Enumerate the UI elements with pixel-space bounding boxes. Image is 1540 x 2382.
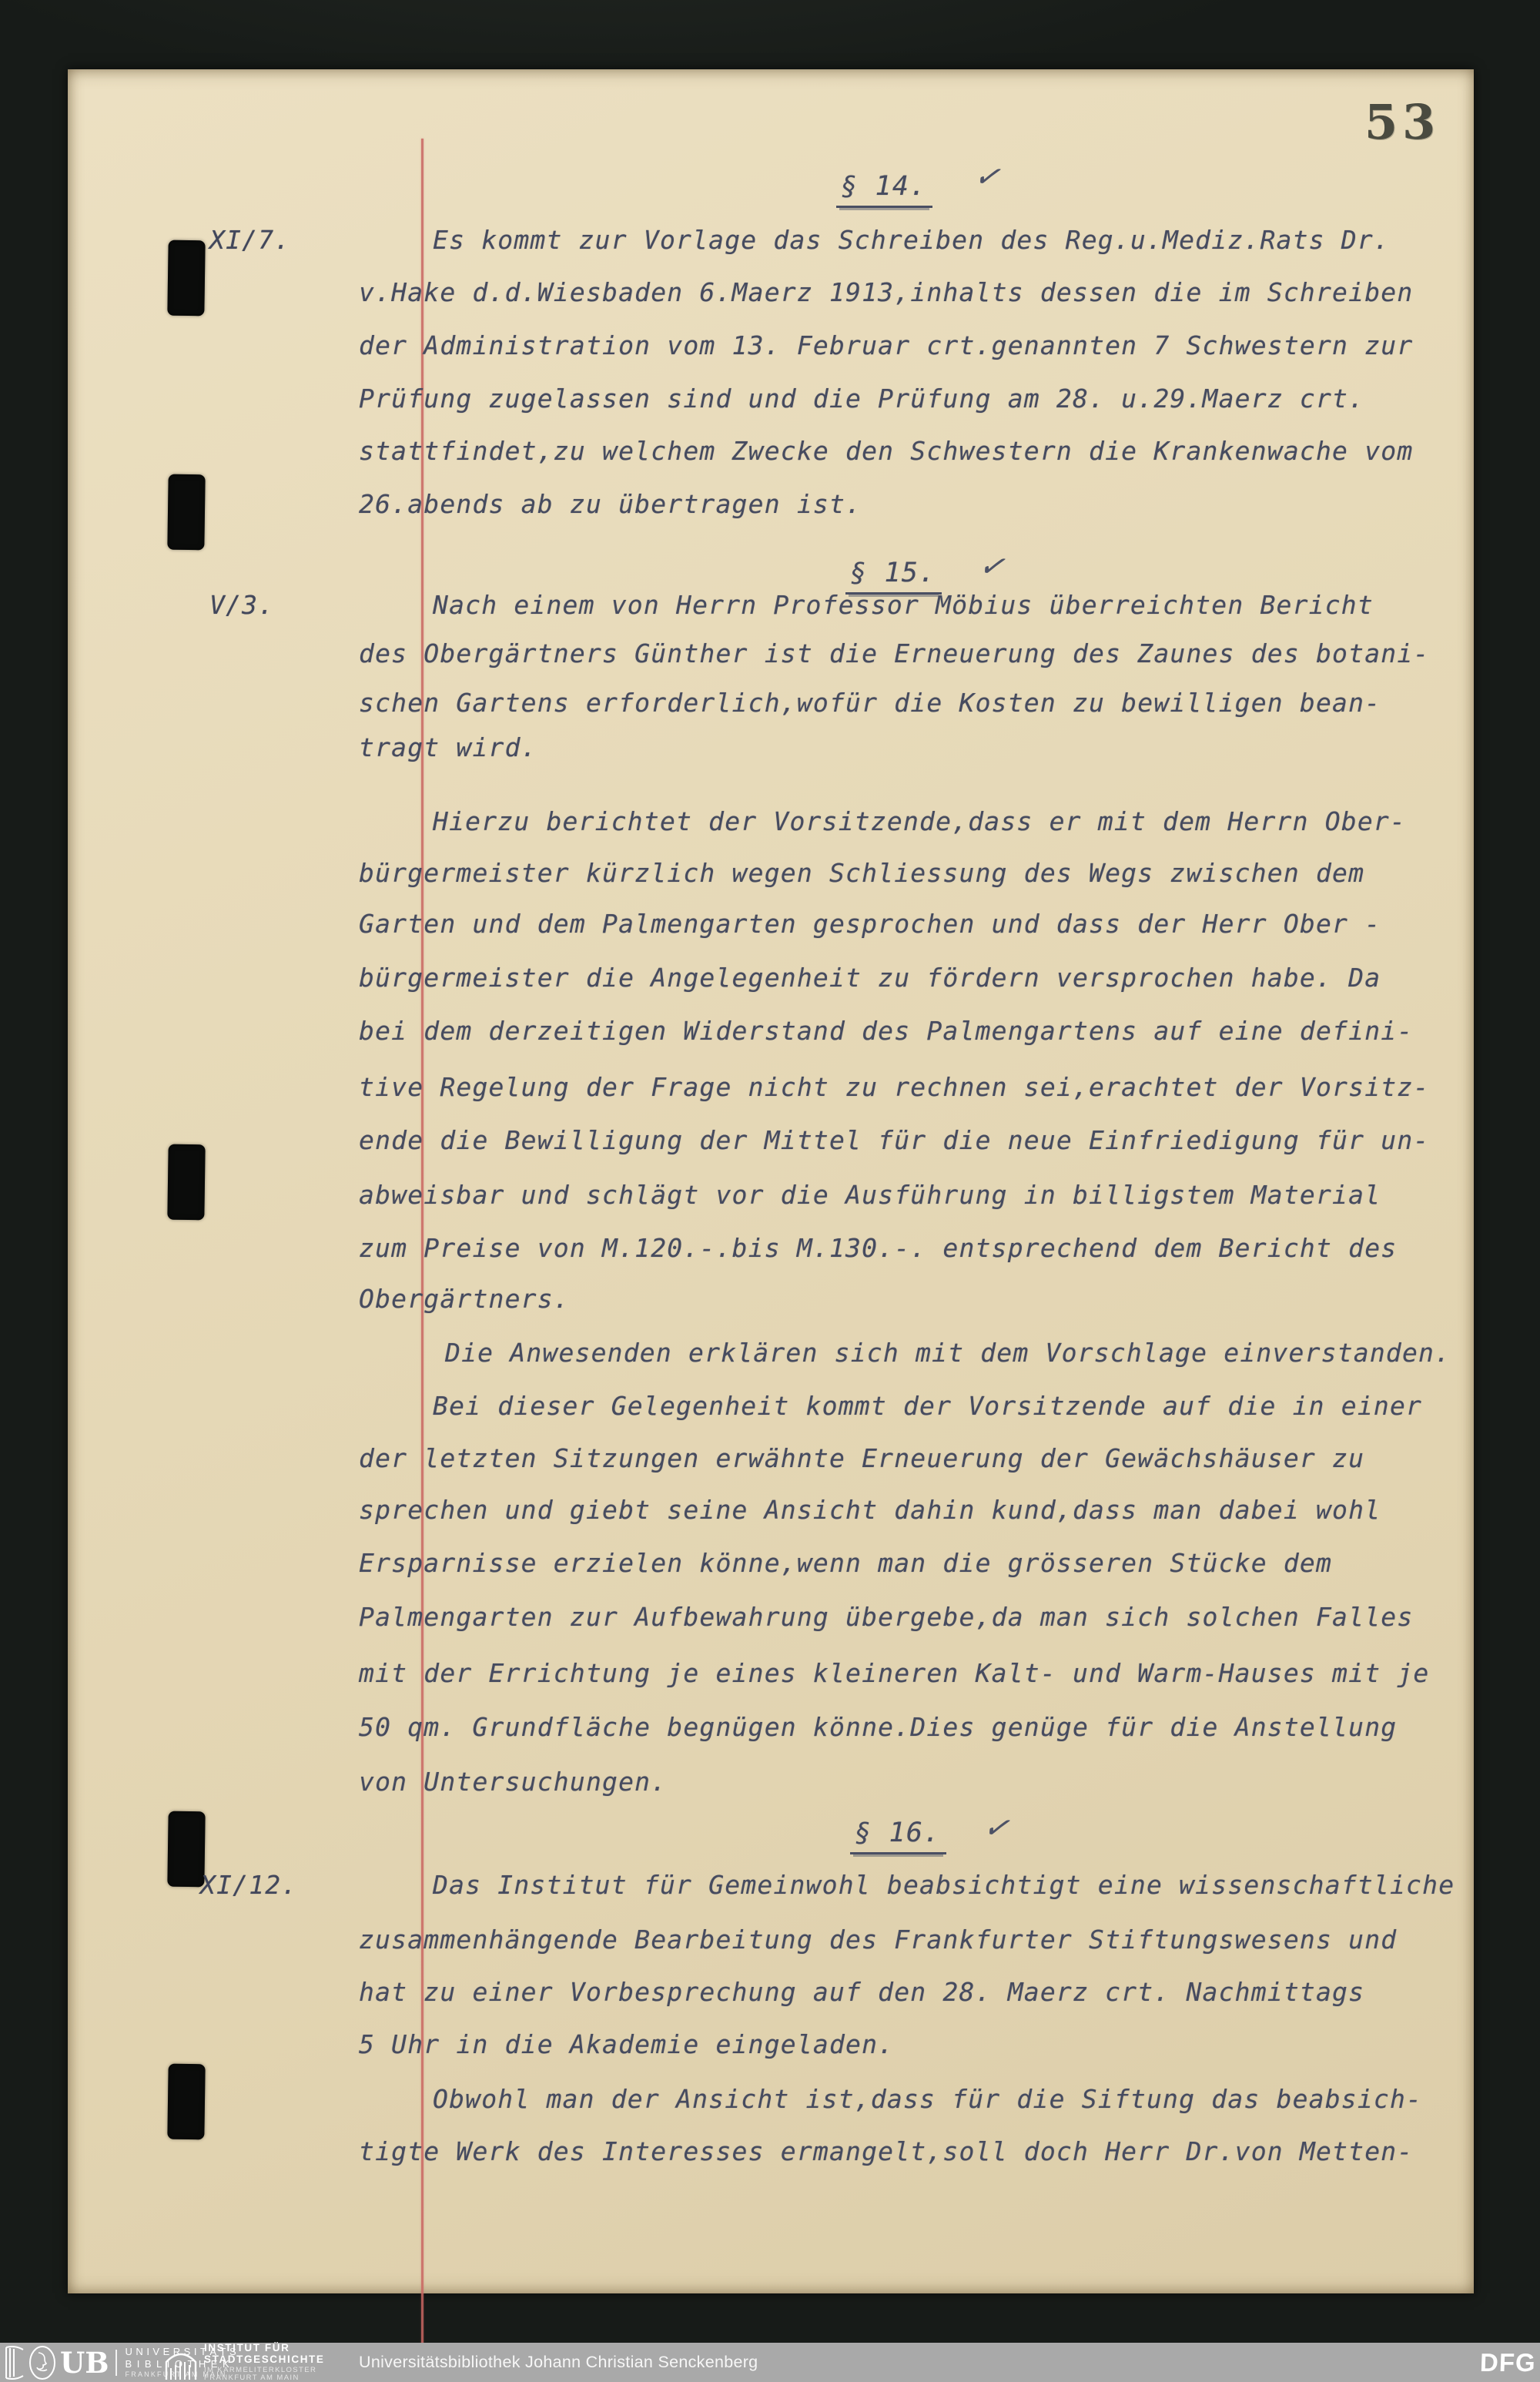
text-line: des Obergärtners Günther ist die Erneuer… [359, 638, 1429, 668]
margin-note: V/3. [209, 590, 274, 620]
text-line: 50 qm. Grundfläche begnügen könne.Dies g… [359, 1712, 1397, 1742]
text-line: der letzten Sitzungen erwähnte Erneuerun… [359, 1443, 1364, 1473]
text-line: sprechen und giebt seine Ansicht dahin k… [359, 1495, 1381, 1525]
text-line: Die Anwesenden erklären sich mit dem Vor… [445, 1338, 1451, 1368]
scan-background: 53 § 14.✓XI/7.Es kommt zur Vorlage das S… [0, 0, 1540, 2382]
text-line: v.Hake d.d.Wiesbaden 6.Maerz 1913,inhalt… [359, 277, 1413, 307]
text-line: Ersparnisse erzielen könne,wenn man die … [359, 1548, 1332, 1578]
text-line: hat zu einer Vorbesprechung auf den 28. … [359, 1977, 1364, 2007]
text-line: mit der Errichtung je eines kleineren Ka… [359, 1658, 1429, 1688]
text-line: Obwohl man der Ansicht ist,dass für die … [433, 2084, 1422, 2114]
footer-bar: UB UNIVERSITÄTS BIBLIOTHEK FRANKFURT AM … [0, 2343, 1540, 2382]
punch-hole [167, 2064, 205, 2140]
section-heading: § 15. [845, 558, 942, 595]
institut-line-1: INSTITUT FÜR [204, 2343, 325, 2354]
text-line: zum Preise von M.120.-.bis M.130.-. ents… [359, 1233, 1397, 1263]
text-line: abweisbar und schlägt vor die Ausführung… [359, 1180, 1381, 1210]
institut-stadtgeschichte-logo: INSTITUT FÜR STADTGESCHICHTE IM KARMELIT… [164, 2344, 325, 2380]
section-heading: § 14. [836, 171, 932, 208]
text-line: tigte Werk des Interesses ermangelt,soll… [359, 2136, 1413, 2166]
section-heading: § 16. [850, 1817, 946, 1854]
text-line: ende die Bewilligung der Mittel für die … [359, 1125, 1429, 1155]
institut-line-4: FRANKFURT AM MAIN [204, 2374, 325, 2382]
institut-line-3: IM KARMELITERKLOSTER [204, 2367, 325, 2374]
text-line: Nach einem von Herrn Professor Möbius üb… [433, 590, 1374, 620]
text-line: Hierzu berichtet der Vorsitzende,dass er… [433, 806, 1406, 836]
text-line: 26.abends ab zu übertragen ist. [359, 489, 862, 519]
text-line: bürgermeister kürzlich wegen Schliessung… [359, 858, 1364, 888]
text-line: Es kommt zur Vorlage das Schreiben des R… [433, 225, 1390, 255]
text-line: tive Regelung der Frage nicht zu rechnen… [359, 1072, 1429, 1102]
text-line: von Untersuchungen. [359, 1767, 667, 1797]
goethe-portrait-icon [28, 2345, 57, 2380]
open-book-icon [5, 2345, 25, 2380]
punch-hole [167, 240, 205, 317]
dfg-logo: DFG [1479, 2347, 1536, 2378]
text-line: tragt wird. [359, 732, 537, 762]
text-line: Prüfung zugelassen sind und die Prüfung … [359, 384, 1364, 414]
text-line: Palmengarten zur Aufbewahrung übergebe,d… [359, 1602, 1413, 1632]
logo-divider [115, 2350, 117, 2376]
text-line: Obergärtners. [359, 1284, 570, 1314]
text-line: zusammenhängende Bearbeitung des Frankfu… [359, 1925, 1397, 1955]
text-line: bürgermeister die Angelegenheit zu förde… [359, 963, 1381, 993]
text-line: Das Institut für Gemeinwohl beabsichtigt… [433, 1870, 1455, 1900]
ub-abbreviation: UB [60, 2347, 109, 2378]
text-line: bei dem derzeitigen Widerstand des Palme… [359, 1016, 1413, 1046]
text-line: Bei dieser Gelegenheit kommt der Vorsitz… [433, 1391, 1422, 1421]
punch-hole [167, 1144, 205, 1221]
text-line: der Administration vom 13. Februar crt.g… [359, 330, 1413, 360]
institut-line-2: STADTGESCHICHTE [204, 2354, 325, 2365]
margin-note: XI/7. [209, 225, 290, 255]
text-line: 5 Uhr in die Akademie eingeladen. [359, 2029, 894, 2059]
text-line: stattfindet,zu welchem Zwecke den Schwes… [359, 436, 1413, 466]
text-line: Garten und dem Palmengarten gesprochen u… [359, 909, 1381, 939]
page-number: 53 [1364, 94, 1440, 150]
text-line: schen Gartens erforderlich,wofür die Kos… [359, 688, 1381, 718]
library-name-text: Universitätsbibliothek Johann Christian … [359, 2343, 758, 2382]
punch-hole [167, 474, 205, 551]
margin-note: XI/12. [200, 1870, 297, 1900]
karmeliterkloster-arch-icon [164, 2345, 198, 2380]
